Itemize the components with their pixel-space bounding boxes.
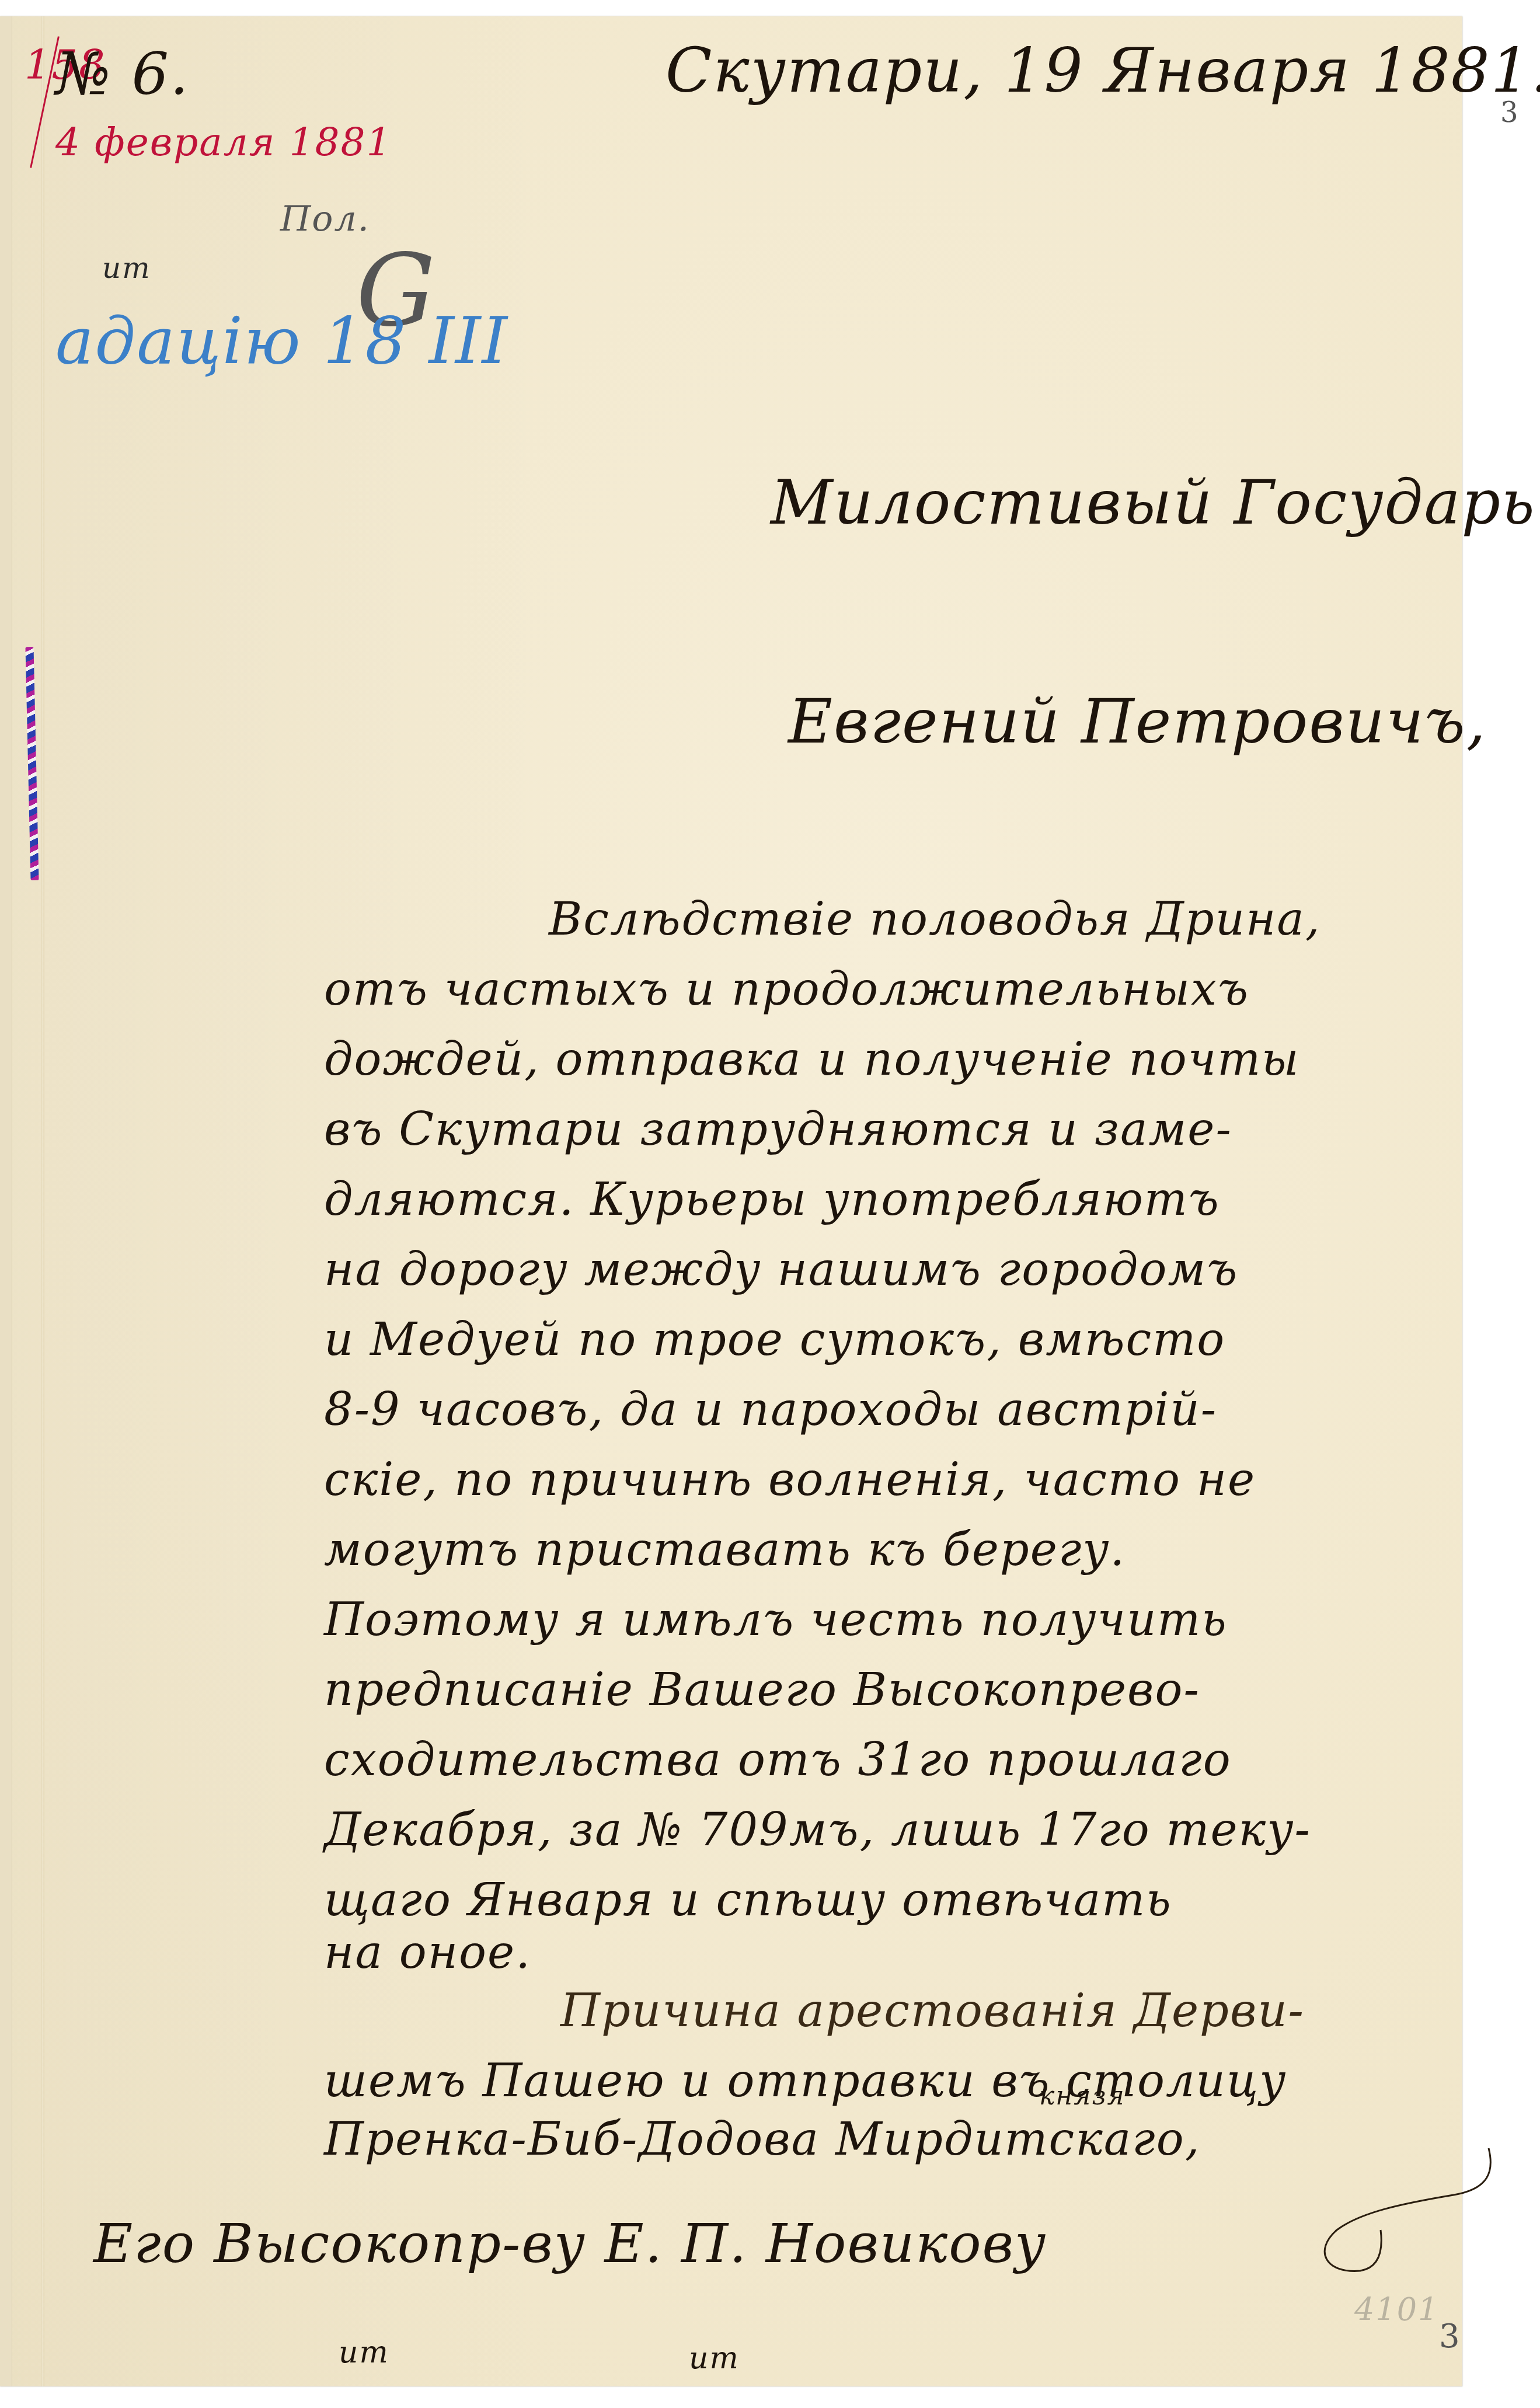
- body-line: предписаніе Вашего Высокопрево-: [324, 1664, 1200, 1716]
- body-line: въ Скутари затрудняются и заме-: [324, 1103, 1232, 1156]
- body-line: дождей, отправка и полученіе почты: [324, 1033, 1300, 1086]
- body-line: могутъ приставать къ берегу.: [324, 1524, 1126, 1576]
- pencil-note-left: ит: [102, 251, 151, 285]
- body-line: Декабря, за № 709мъ, лишь 17го теку-: [324, 1804, 1311, 1856]
- body-line: Поэтому я имѣлъ честь получить: [324, 1594, 1228, 1646]
- body-line: на оное.: [324, 1926, 531, 1979]
- received-date: 4 февраля 1881: [55, 120, 392, 165]
- blue-pencil-note: адацію 18 III: [55, 304, 508, 378]
- body-line: шемъ Пашею и отправки въ столицу: [324, 2055, 1287, 2107]
- body-line: дляются. Курьеры употребляютъ: [324, 1173, 1220, 1226]
- body-line: 8-9 часовъ, да и пароходы австрій-: [324, 1384, 1217, 1436]
- body-line: отъ частыхъ и продолжительныхъ: [324, 963, 1249, 1016]
- dispatch-number: № 6.: [55, 40, 190, 108]
- body-line: скіе, по причинѣ волненія, часто не: [324, 1454, 1256, 1506]
- body-line: Вслѣдствіе половодья Дрина,: [549, 893, 1321, 946]
- archive-pencil: 4101: [1354, 2291, 1439, 2328]
- salutation-line-2: Евгений Петровичъ,: [788, 686, 1487, 757]
- paper-fold: [41, 16, 44, 2386]
- closing-flourish: [1313, 2148, 1500, 2300]
- body-line: Пренка-Биб-Додова Мирдитскаго,: [324, 2113, 1201, 2166]
- body-line: сходительства отъ 31го прошлаго: [324, 1734, 1232, 1786]
- binding-edge: [0, 16, 12, 2386]
- archive-folio: 3: [1439, 2318, 1461, 2355]
- sub-mark: ит: [689, 2341, 740, 2376]
- place-date: Скутари, 19 Января 1881.: [666, 35, 1540, 106]
- body-line: щаго Января и спѣшу отвѣчать: [324, 1874, 1172, 1926]
- sub-mark: ит: [339, 2335, 389, 2370]
- body-line: Причина арестованія Дерви-: [560, 1985, 1305, 2037]
- addressee: Его Высокопр-ву Е. П. Новикову: [93, 2212, 1047, 2275]
- folio-number: 3: [1500, 96, 1520, 129]
- interlinear-insert: князя: [1039, 2081, 1126, 2111]
- body-line: на дорогу между нашимъ городомъ: [324, 1243, 1238, 1296]
- body-line: и Медуей по трое сутокъ, вмѣсто: [324, 1313, 1225, 1366]
- salutation-line-1: Милостивый Государь: [771, 467, 1536, 538]
